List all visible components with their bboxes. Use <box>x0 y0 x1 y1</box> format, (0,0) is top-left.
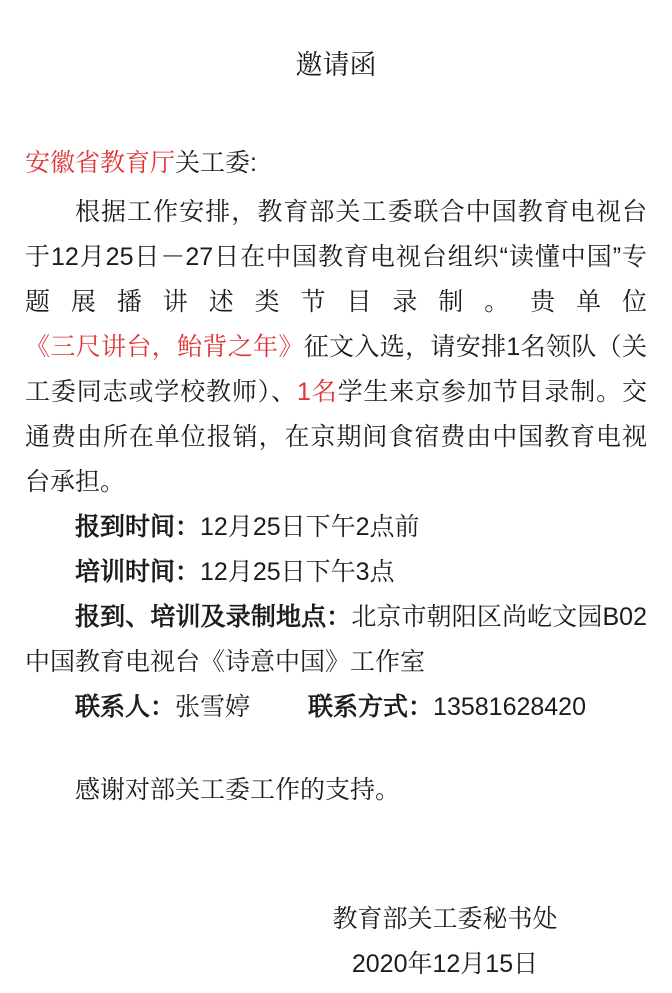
contact-person-value: 张雪婷 <box>175 693 250 721</box>
signature-block: 教育部关工委秘书处 2020年12月15日 <box>275 899 615 984</box>
document-title: 邀请函 <box>0 48 672 82</box>
contact-phone-label: 联系方式： <box>308 693 433 721</box>
essay-title-highlight: 《三尺讲台，鲐背之年》 <box>25 333 304 361</box>
contact-person-label: 联系人： <box>75 693 175 721</box>
training-time-value: 12月25日下午3点 <box>200 558 395 586</box>
main-paragraph: 根据工作安排，教育部关工委联合中国教育电视台于12月25日－27日在中国教育电视… <box>25 190 647 505</box>
detail-training-time: 培训时间：12月25日下午3点 <box>25 550 647 595</box>
location-label: 报到、培训及录制地点： <box>75 603 351 631</box>
recipient-name-red: 安徽省教育厅 <box>25 149 175 177</box>
letter-body: 安徽省教育厅关工委: 根据工作安排，教育部关工委联合中国教育电视台于12月25日… <box>0 146 672 984</box>
detail-location: 报到、培训及录制地点：北京市朝阳区尚屹文园B02 中国教育电视台《诗意中国》工作… <box>25 595 647 685</box>
student-quota-highlight: 1名 <box>297 378 338 406</box>
training-time-label: 培训时间： <box>75 558 200 586</box>
contact-line: 联系人：张雪婷联系方式：13581628420 <box>25 685 647 730</box>
checkin-time-value: 12月25日下午2点前 <box>200 513 420 541</box>
contact-phone-value: 13581628420 <box>433 693 586 721</box>
paragraph-part1: 根据工作安排，教育部关工委联合中国教育电视台于12月25日－27日在中国教育电视… <box>25 198 647 316</box>
cutoff-text-fragment: ····· ·· · ··· <box>22 0 212 4</box>
salutation-line: 安徽省教育厅关工委: <box>25 146 647 180</box>
checkin-time-label: 报到时间： <box>75 513 200 541</box>
detail-checkin-time: 报到时间：12月25日下午2点前 <box>25 505 647 550</box>
signature-date: 2020年12月15日 <box>275 944 615 984</box>
invitation-letter-page: ····· ·· · ··· 邀请函 安徽省教育厅关工委: 根据工作安排，教育部… <box>0 0 672 993</box>
closing-sentence: 感谢对部关工委工作的支持。 <box>25 768 647 813</box>
recipient-suffix: 关工委: <box>175 149 257 177</box>
signature-organization: 教育部关工委秘书处 <box>275 899 615 939</box>
